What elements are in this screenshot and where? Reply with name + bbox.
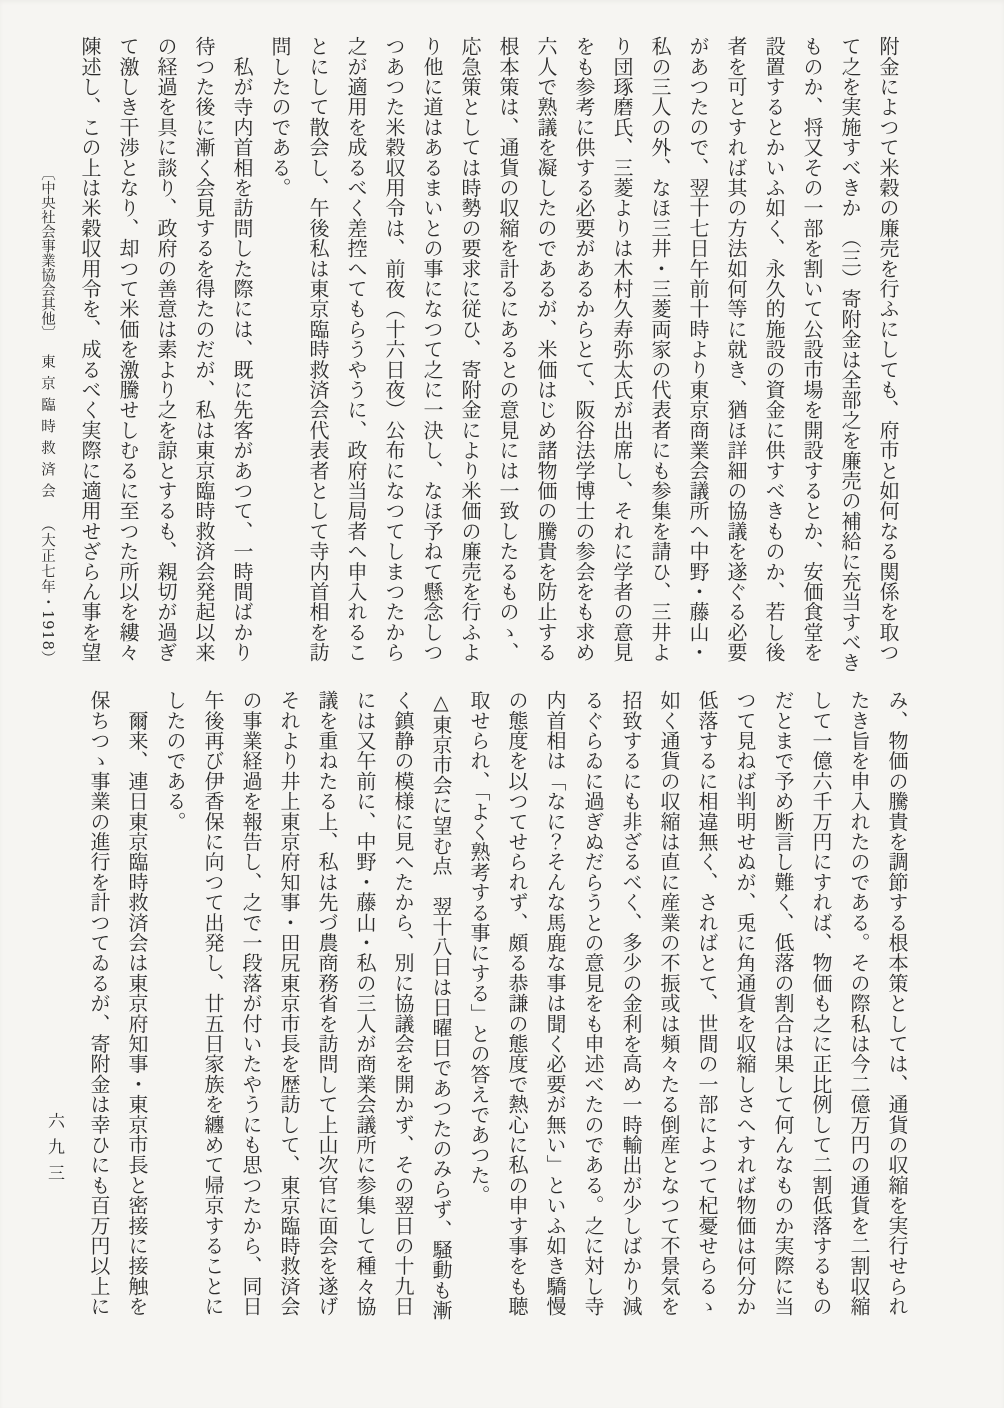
scanned-book-page: 附金によつて米穀の廉売を行ふにしても、府市と如何なる関係を取つ て之を実施すべき… <box>0 0 1004 1408</box>
text-column: して一億六千万円にすれば、物価も之に正比例して二割低落するもの <box>802 690 840 1330</box>
text-column: く鎮静の模様に見へたから、別に協議会を開かず、その翌日の十九日 <box>384 690 422 1330</box>
top-text-block: 附金によつて米穀の廉売を行ふにしても、府市と如何なる関係を取つ て之を実施すべき… <box>71 36 907 676</box>
text-column: には又午前に、中野・藤山・私の三人が商業会議所に参集して種々協 <box>346 690 384 1330</box>
text-column: て之を実施すべきか （三）寄附金は全部之を廉売の補給に充当すべき <box>831 36 869 676</box>
text-column: つて見ねば判明せぬが、兎に角通貨を収縮しさへすれば物価は何分か <box>726 690 764 1330</box>
text-column: 保ちつゝ事業の進行を計つてゐるが、寄附金は幸ひにも百万円以上に <box>80 690 118 1330</box>
text-column: 私の三人の外、なほ三井・三菱両家の代表者にも参集を請ひ、三井よ <box>641 36 679 676</box>
text-column: 低落するに相違無く、さればとて、世間の一部によつて杞憂せらるゝ <box>688 690 726 1330</box>
running-header: 〔中央社会事業協会其他〕東京臨時救済会（大正七年・1918） <box>32 166 62 666</box>
header-series-title: 〔中央社会事業協会其他〕 <box>39 166 55 340</box>
text-column: したのである。 <box>156 690 194 1330</box>
text-column: の経過を具に談り、政府の善意は素より之を諒とするも、親切が過ぎ <box>147 36 185 676</box>
text-column: り団琢磨氏、三菱よりは木村久寿弥太氏が出席し、それに学者の意見 <box>603 36 641 676</box>
text-column: 設置するとかいふ如く、永久的施設の資金に供すべきものか、若し後 <box>755 36 793 676</box>
text-column: 私が寺内首相を訪問した際には、既に先客があつて、一時間ばかり <box>223 36 261 676</box>
text-column: をも参考に供する必要があるからとて、阪谷法学博士の参会をも求め <box>565 36 603 676</box>
text-column: 議を重ねたる上、私は先づ農商務省を訪問して上山次官に面会を遂げ <box>308 690 346 1330</box>
text-column: て激しき干渉となり、却つて米価を激騰せしむるに至つた所以を縷々 <box>109 36 147 676</box>
text-column: それより井上東京府知事・田尻東京市長を歴訪して、東京臨時救済会 <box>270 690 308 1330</box>
text-column: 取せられ、「よく熟考する事にする」との答えであつた。 <box>460 690 498 1330</box>
text-column: 根本策は、通貨の収縮を計るにあるとの意見には一致したるものゝ、 <box>489 36 527 676</box>
header-article-title: 東京臨時救済会 <box>39 354 55 505</box>
text-column: 之が適用を成るべく差控へてもらうやうに、政府当局者へ申入れるこ <box>337 36 375 676</box>
text-column: とにして散会し、午後私は東京臨時救済会代表者として寺内首相を訪 <box>299 36 337 676</box>
text-column: たき旨を申入れたのである。その際私は今二億万円の通貨を二割収縮 <box>840 690 878 1330</box>
text-column: ものか、将又その一部を割いて公設市場を開設するとか、安価食堂を <box>793 36 831 676</box>
text-column: り他に道はあるまいとの事になつて之に一決し、なほ予ねて懸念しつ <box>413 36 451 676</box>
text-column: み、物価の騰貴を調節する根本策としては、通貨の収縮を実行せられ <box>878 690 916 1330</box>
text-column: があつたので、翌十七日午前十時より東京商業会議所へ中野・藤山・ <box>679 36 717 676</box>
text-column: 者を可とすれば其の方法如何等に就き、猶ほ詳細の協議を遂ぐる必要 <box>717 36 755 676</box>
text-column: 六人で熟議を凝したのであるが、米価はじめ諸物価の騰貴を防止する <box>527 36 565 676</box>
text-column: 待つた後に漸く会見するを得たのだが、私は東京臨時救済会発起以来 <box>185 36 223 676</box>
text-column: るぐらゐに過ぎぬだらうとの意見をも申述べたのである。之に対し寺 <box>574 690 612 1330</box>
text-column: 陳述し、この上は米穀収用令を、成るべく実際に適用せざらん事を望 <box>71 36 109 676</box>
text-column: つあつた米穀収用令は、前夜（十六日夜）公布になつてしまつたから <box>375 36 413 676</box>
text-column: だとまで予め断言し難く、低落の割合は果して何んなものか実際に当 <box>764 690 802 1330</box>
text-column: の態度を以つてせられず、頗る恭謙の態度で熱心に私の申す事をも聴 <box>498 690 536 1330</box>
text-column: 内首相は「なに？そんな馬鹿な事は聞く必要が無い」といふ如き驕慢 <box>536 690 574 1330</box>
text-column: 応急策としては時勢の要求に従ひ、寄附金により米価の廉売を行ふよ <box>451 36 489 676</box>
text-column: 如く通貨の収縮は直に産業の不振或は頻々たる倒産となつて不景気を <box>650 690 688 1330</box>
text-column: 爾来、連日東京臨時救済会は東京府知事・東京市長と密接に接触を <box>118 690 156 1330</box>
page-number: 六九三 <box>42 1112 67 1190</box>
text-column: 問したのである。 <box>261 36 299 676</box>
text-column: 午後再び伊香保に向つて出発し、廿五日家族を纏めて帰京することに <box>194 690 232 1330</box>
text-column: 招致するにも非ざるべく、多少の金利を高め一時輸出が少しばかり減 <box>612 690 650 1330</box>
text-column: の事業経過を報告し、之で一段落が付いたやうにも思つたから、同日 <box>232 690 270 1330</box>
bottom-text-block: み、物価の騰貴を調節する根本策としては、通貨の収縮を実行せられ たき旨を申入れた… <box>80 690 916 1330</box>
text-column: △東京市会に望む点 翌十八日は日曜日であつたのみらず、騒動も漸 <box>422 690 460 1330</box>
header-year: （大正七年・1918） <box>39 517 55 666</box>
text-column: 附金によつて米穀の廉売を行ふにしても、府市と如何なる関係を取つ <box>869 36 907 676</box>
